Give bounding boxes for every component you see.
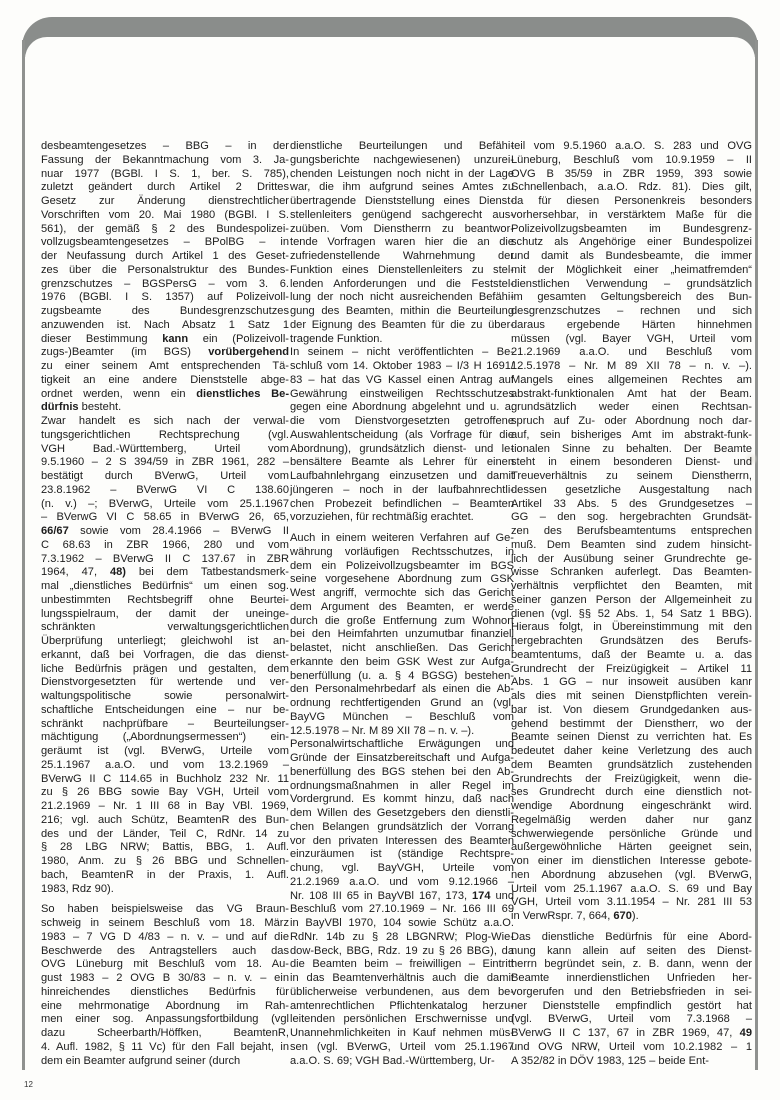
paragraph: So haben beispielsweise das VG Braun-sch… [41, 903, 289, 1068]
text-line: erkannt, daß bei Vorfragen, die das dien… [41, 649, 289, 663]
text-line: Zwar handelt es sich nach der verwal- [41, 415, 289, 429]
text-line: benerfüllung (u. a. § 4 BGSG) bestehen- [290, 670, 514, 684]
text-line: gehend bestimmt der Dienstherr, wo der [511, 718, 752, 732]
paragraph: dienstliche Beurteilungen und Befähi-gun… [290, 140, 514, 346]
text-line: im gesamten Geltungsbereich des Bun- [511, 291, 752, 305]
text-line: Regelmäßig werden daher nur ganz [511, 814, 752, 828]
page-frame-inner-cutout [25, 37, 755, 77]
text-line: schaftliche Entscheidungen eine – nur be… [41, 704, 289, 718]
text-line: anzuwenden ist. Nach Absatz 1 Satz 1 [41, 319, 289, 333]
text-line: herrn begründet sein, z. B. dann, wenn d… [511, 958, 752, 972]
text-line: liche Bedürfnis prägen und gestalten, de… [41, 663, 289, 677]
text-line: dazu Scheerbarth/Höffken, BeamtenR, [41, 1027, 289, 1041]
text-line: grundsätzlich weder einen Rechtsan- [511, 401, 752, 415]
text-line: 1980, Anm. zu § 26 BBG und Schnellen- [41, 855, 289, 869]
text-line: des und der Länder, Teil C, RdNr. 14 zu [41, 828, 289, 842]
text-line: chenden Leistungen noch nicht in der Lag… [290, 168, 514, 182]
text-line: Treueverhältnis zu seinem Dienstherrn, [511, 470, 752, 484]
text-line: benerfüllung des BGS stehen bei den Ab- [290, 766, 514, 780]
text-line: So haben beispielsweise das VG Braun- [41, 903, 289, 917]
bold-emphasis: 66/67 [41, 525, 69, 537]
text-line: geräumt ist (vgl. BVerwG, Urteile vom [41, 745, 289, 759]
text-line: seine vorgesehene Abordnung zum GSK [290, 573, 514, 587]
paragraph: Das dienstliche Bedürfnis für eine Abord… [511, 931, 752, 1069]
text-line: war, die ihm aufgrund seines Amtes zu [290, 181, 514, 195]
text-line: Nr. 108 III 65 in BayVBl 167, 173, 174 u… [290, 890, 514, 904]
text-line: eine mehrmonatige Abordnung im Rah- [41, 1000, 289, 1014]
text-line: Fassung der Bekanntmachung vom 3. Ja- [41, 154, 289, 168]
text-line: da für diesen Personenkreis besonders [511, 195, 752, 209]
text-line: 561), der gemäß § 2 des Bundespolizei- [41, 223, 289, 237]
text-line: Polizeivollzugsbeamten im Bundesgrenz- [511, 223, 752, 237]
text-line: wendige Abordnung eingeschränkt wird. [511, 800, 752, 814]
text-line: dow-Beck, BBG, Rdz. 19 zu § 26 BBG), da [290, 945, 514, 959]
text-line: in BayVBl 1970, 104 sowie Schütz a.a.O. [290, 917, 514, 931]
text-line: Vordergrund. Es kommt hinzu, daß nach [290, 793, 514, 807]
text-line: hinreichendes dienstliches Bedürfnis für [41, 986, 289, 1000]
text-line: gungsberichte nachgewiesenen) unzurei- [290, 154, 514, 168]
text-line: dem Willen des Gesetzgebers den dienstli… [290, 807, 514, 821]
text-line: als dies mit seinen Dienstpflichten vere… [511, 690, 752, 704]
text-line: tende Vorfragen waren hier die an die [290, 236, 514, 250]
text-line: Funktion eines Dienstellenleiters zu ste… [290, 264, 514, 278]
text-line: müssen (vgl. Bayer VGH, Urteil vom [511, 333, 752, 347]
text-column-2: dienstliche Beurteilungen und Befähi-gun… [290, 140, 514, 1068]
text-line: chung, vgl. BayVGH, Urteile vom [290, 862, 514, 876]
text-line: üblicherweise verbundenen, aus dem be- [290, 986, 514, 1000]
text-line: Beamte innerdienstlichen Unfrieden her- [511, 972, 752, 986]
text-line: dessen gesetzliche Ausgestaltung nach [511, 484, 752, 498]
text-line: steht in einem besonderen Dienst- und [511, 456, 752, 470]
text-line: zuüben. Vom Dienstherrn zu beantwor- [290, 223, 514, 237]
bold-emphasis: vorübergehend [208, 346, 289, 358]
text-line: auf, sein bisheriges Amt im abstrakt-fun… [511, 429, 752, 443]
text-line: § 28 LBG NRW; Battis, BBG, 1. Aufl. [41, 841, 289, 855]
text-line: VGH, Urteil vom 3.11.1954 – Nr. 281 III … [511, 896, 752, 910]
bold-emphasis: dürfnis [41, 401, 79, 413]
text-line: men einer sog. Anpassungsfortbildung (vg… [41, 1013, 289, 1027]
text-line: zugs-)Beamter (im BGS) vorübergehend [41, 346, 289, 360]
text-line: chen Probezeit befindlichen – Beamten [290, 498, 514, 512]
text-line: vorzuziehen, für rechtmäßig erachtet. [290, 511, 514, 525]
text-line: bensältere Beamte als Lehrer für einen [290, 456, 514, 470]
bold-emphasis: 670 [613, 910, 632, 922]
text-line: von einer im dienstlichen Interesse gebo… [511, 855, 752, 869]
text-line: dieser Bestimmung kann ein (Polizeivoll- [41, 333, 289, 347]
text-line: übertragende Dienststellung eines Dienst… [290, 195, 514, 209]
text-line: Auch in einem weiteren Verfahren auf Ge- [290, 532, 514, 546]
text-line: und OVG NRW, Urteil vom 10.2.1982 – 1 [511, 1041, 752, 1055]
text-line: BayVG München – Beschluß vom [290, 711, 514, 725]
text-line: tionalen Sinne zu behalten. Der Beamte [511, 443, 752, 457]
text-line: a.a.O. S. 69; VGH Bad.-Württemberg, Ur- [290, 1055, 514, 1069]
text-line: dienstliche Beurteilungen und Befähi- [290, 140, 514, 154]
text-line: zufriedenstellende Wahrnehmung der [290, 250, 514, 264]
paragraph: teil vom 9.5.1960 a.a.O. S. 283 und OVGL… [511, 140, 752, 924]
text-line: beamtentums, daß der Beamte u. a. das [511, 649, 752, 663]
text-line: schluß vom 14. Oktober 1983 – I/3 H 1691… [290, 360, 514, 374]
text-line: mal „dienstliches Bedürfnis“ um einen so… [41, 580, 289, 594]
text-line: Artikel 33 Abs. 5 des Grundgesetzes – [511, 498, 752, 512]
text-line: ordnung rechtfertigenden Grund an (vgl. [290, 697, 514, 711]
text-line: durch die große Entfernung zum Wohnort [290, 615, 514, 629]
text-line: belastet, nicht anschließen. Das Gericht [290, 642, 514, 656]
text-line: Schnellenbach, a.a.O. Rdz. 81). Dies gil… [511, 181, 752, 195]
text-line: ses Grundrecht durch eine dienstlich not… [511, 786, 752, 800]
text-line: Hieraus folgt, in Übereinstimmung mit de… [511, 621, 752, 635]
text-line: verhältnis verpflichtet den Beamten, mit [511, 580, 752, 594]
text-line: Gewährung einstweiligen Rechtsschutzes [290, 388, 514, 402]
text-line: gegen eine Abordnung abgelehnt und u. a. [290, 401, 514, 415]
paragraph: Personalwirtschaftliche Erwägungen undGr… [290, 738, 514, 1068]
text-line: In seinem – nicht veröffentlichten – Be- [290, 346, 514, 360]
text-line: muß. Dem Beamten sind zudem hinsicht- [511, 539, 752, 553]
text-line: Abs. 1 GG – nur insoweit ausüben kanr [511, 676, 752, 690]
text-line: gust 1983 – 2 OVG B 30/83 – n. v. – ein [41, 972, 289, 986]
text-line: 4. Aufl. 1982, § 11 Vc) für den Fall bej… [41, 1041, 289, 1055]
text-line: gung des Beamten, mithin die Beurteilung [290, 305, 514, 319]
text-line: Grundrechts der Freizügigkeit, wenn die- [511, 773, 752, 787]
text-line: Mangels eines allgemeinen Rechtes am [511, 374, 752, 388]
text-line: BVerwG II C 114.65 in Buchholz 232 Nr. 1… [41, 773, 289, 787]
text-line: grenzschutzes – BGSPersG – vom 3. 6. [41, 278, 289, 292]
text-line: desbeamtengesetzes – BBG – in der [41, 140, 289, 154]
text-line: OVG Lüneburg mit Beschluß vom 18. Au- [41, 958, 289, 972]
text-line: teil vom 9.5.1960 a.a.O. S. 283 und OVG [511, 140, 752, 154]
text-line: und damit als Bundesbeamte, die immer [511, 250, 752, 264]
text-line: Gründe der Einsatzbereitschaft und Aufga… [290, 752, 514, 766]
text-line: die Beamten beim – freiwilligen – Eintri… [290, 958, 514, 972]
text-line: lung der noch nicht ausreichenden Befähi… [290, 291, 514, 305]
paragraph: In seinem – nicht veröffentlichten – Be-… [290, 346, 514, 525]
paragraph: Zwar handelt es sich nach der verwal-tun… [41, 415, 289, 896]
text-line: Dienstvorgesetzten für wertende und ver- [41, 676, 289, 690]
text-line: währung vorläufigen Rechtsschutzes, in [290, 546, 514, 560]
text-line: dem Argument des Beamten, er werde [290, 601, 514, 615]
text-line: wisse Schranken auferlegt. Das Beamten- [511, 566, 752, 580]
text-line: nen Abordnung abzusehen (vgl. BVerwG, [511, 869, 752, 883]
text-line: ordnet werden, wenn ein dienstliches Be- [41, 388, 289, 402]
text-line: stellenleiters genügend sachgerecht aus- [290, 209, 514, 223]
text-line: vor den privaten Interessen des Beamten [290, 835, 514, 849]
text-line: lich der Ausübung seiner Grundrechte ge- [511, 553, 752, 567]
text-line: BVerwG II C 137, 67 in ZBR 1969, 47, 49 [511, 1027, 752, 1041]
text-line: leitenden persönlichen Erschwernisse und [290, 1013, 514, 1027]
text-line: OVG B 35/59 in ZBR 1959, 393 sowie [511, 168, 752, 182]
text-line: ner Dienststelle empfindlich gestört hat [511, 1000, 752, 1014]
text-line: Urteil vom 25.1.1967 a.a.O. S. 69 und Ba… [511, 883, 752, 897]
text-line: Unannehmlichkeiten in Kauf nehmen müs- [290, 1027, 514, 1041]
text-line: lenden Anforderungen und die Feststel- [290, 278, 514, 292]
text-line: einzuräumen ist (ständige Rechtspre- [290, 848, 514, 862]
page-number: 12 [24, 1080, 33, 1089]
text-line: Abordnung), grundsätzlich dienst- und le… [290, 443, 514, 457]
text-line: tigkeit an eine andere Dienststelle abge… [41, 374, 289, 388]
text-line: West angriff, vermochte sich das Gericht [290, 587, 514, 601]
text-line: Personalwirtschaftliche Erwägungen und [290, 738, 514, 752]
text-line: 12.5.1978 – Nr. M 89 XII 78 – n. v. –). [290, 725, 514, 739]
text-line: waltungspolitische sowie personalwirt- [41, 690, 289, 704]
text-line: 23.8.1962 – BVerwG VI C 138.60 [41, 484, 289, 498]
text-line: desgrenzschutzes – rechnen und sich [511, 305, 752, 319]
text-line: C 68.63 in ZBR 1966, 280 und vom [41, 539, 289, 553]
text-line: bach, BeamtenR in der Praxis, 1. Aufl. [41, 869, 289, 883]
text-line: dem Beamten grundsätzlich zustehenden [511, 759, 752, 773]
text-line: Vorschriften vom 20. Mai 1980 (BGBl. I S… [41, 209, 289, 223]
text-line: mit der Möglichkeit einer „heimatfremden… [511, 264, 752, 278]
bold-emphasis: 48) [110, 566, 126, 578]
text-line: dem ein Polizeivollzugsbeamter im BGS [290, 560, 514, 574]
paragraph: Auch in einem weiteren Verfahren auf Ge-… [290, 532, 514, 738]
text-line: chen Belangen grundsätzlich der Vorrang [290, 821, 514, 835]
text-line: (vgl. BVerwG, Urteil vom 7.3.1968 – [511, 1013, 752, 1027]
text-line: nung kann allein auf seiten des Dienst- [511, 945, 752, 959]
text-line: hergebrachten Grundsätzen des Berufs- [511, 635, 752, 649]
text-line: 1976 (BGBl. I S. 1357) auf Polizeivoll- [41, 291, 289, 305]
text-line: erkannte den beim GSK West zur Aufga- [290, 656, 514, 670]
text-line: bestätigt durch BVerwG, Urteil vom [41, 470, 289, 484]
text-line: mächtigung („Abordnungsermessen“) ein- [41, 731, 289, 745]
text-line: 1983, Rdz 90). [41, 883, 289, 897]
text-line: Laufbahnlehrgang einzusetzen und damit [290, 470, 514, 484]
text-line: in das Beamtenverhältnis auch die damit [290, 972, 514, 986]
text-line: seiner ganzen Person der Allgemeinheit z… [511, 594, 752, 608]
text-line: Beschwerde des Antragstellers auch das [41, 945, 289, 959]
text-line: zugsbeamte des Bundesgrenzschutzes [41, 305, 289, 319]
text-line: zes über die Personalstruktur des Bundes… [41, 264, 289, 278]
text-line: bei den Heimfahrten unzumutbar finanziel… [290, 628, 514, 642]
text-line: – BVerwG VI C 58.65 in BVerwG 26, 65, [41, 511, 289, 525]
text-line: dienen (vgl. §§ 52 Abs. 1, 54 Satz 1 BBG… [511, 608, 752, 622]
text-line: 9.5.1960 – 2 S 394/59 in ZBR 1961, 282 – [41, 456, 289, 470]
text-line: lungsspielraum, der damit der uneinge- [41, 608, 289, 622]
text-line: der Eignung des Beamten für die zu über- [290, 319, 514, 333]
text-line: Lüneburg, Beschluß vom 10.9.1959 – II [511, 154, 752, 168]
text-line: schweig in seinem Beschluß vom 18. März [41, 917, 289, 931]
text-line: unbestimmten Rechtsbegriff ohne Beurtei- [41, 594, 289, 608]
text-line: dem ein Beamter aufgrund seiner (durch [41, 1055, 289, 1069]
text-line: amtenrechtlichen Pflichtenkatalog herzu- [290, 1000, 514, 1014]
text-line: bar ist. Von diesem Grundgedanken aus- [511, 704, 752, 718]
page-frame-left-rule [22, 40, 25, 1070]
text-line: Grundrecht der Freizügigkeit – Artikel 1… [511, 663, 752, 677]
text-line: daraus ergebende Härten hinnehmen [511, 319, 752, 333]
text-line: 83 – hat das VG Kassel einen Antrag auf [290, 374, 514, 388]
text-line: jüngeren – noch in der laufbahnrechtli- [290, 484, 514, 498]
text-line: 7.3.1962 – BVerwG II C 137.67 in ZBR [41, 553, 289, 567]
text-line: 216; vgl. auch Schütz, BeamtenR des Bun- [41, 814, 289, 828]
text-line: 21.2.1969 – Nr. 1 III 68 in Bay VBl. 196… [41, 800, 289, 814]
text-line: schränkt nachprüfbare – Beurteilungser- [41, 718, 289, 732]
text-line: 1964, 47, 48) bei dem Tatbestandsmerk- [41, 566, 289, 580]
text-column-1: desbeamtengesetzes – BBG – in derFassung… [41, 140, 289, 1068]
text-line: spruch auf Zu- oder Abordnung noch dar- [511, 415, 752, 429]
text-column-3: teil vom 9.5.1960 a.a.O. S. 283 und OVGL… [511, 140, 752, 1068]
bold-emphasis: 174 [472, 890, 491, 902]
text-line: zu einer seinem Amt entsprechenden Tä- [41, 360, 289, 374]
text-line: schutz als Angehörige einer Bundespolize… [511, 236, 752, 250]
paragraph: desbeamtengesetzes – BBG – in derFassung… [41, 140, 289, 415]
text-line: 25.1.1967 a.a.O. und vom 13.2.1969 – [41, 759, 289, 773]
text-line: Das dienstliche Bedürfnis für eine Abord… [511, 931, 752, 945]
text-line: abstrakt-funktionalen Amt hat der Beam. [511, 388, 752, 402]
bold-emphasis: kann [162, 333, 188, 345]
text-line: Überprüfung unterliegt; gleichwohl ist a… [41, 635, 289, 649]
text-line: der Neufassung durch Artikel 1 des Geset… [41, 250, 289, 264]
text-line: zen des Berufsbeamtentums entsprechen [511, 525, 752, 539]
text-line: 12.5.1978 – Nr. M 89 XII 78 – n. v. –). [511, 360, 752, 374]
text-line: die vom Dienstvorgesetzten getroffene [290, 415, 514, 429]
text-line: nuar 1977 (BGBl. I S. 1, ber. S. 785), [41, 168, 289, 182]
text-line: vorhersehbar, in verstärktem Maße für di… [511, 209, 752, 223]
text-line: Beschluß vom 27.10.1969 – Nr. 166 III 69 [290, 903, 514, 917]
text-line: VGH Bad.-Württemberg, Urteil vom [41, 443, 289, 457]
text-line: schränkten verwaltungsgerichtlichen [41, 621, 289, 635]
text-line: tragende Funktion. [290, 333, 514, 347]
text-line: bedeutet daher keine Verletzung des auch [511, 745, 752, 759]
text-line: Gesetz zur Änderung dienstrechtlicher [41, 195, 289, 209]
page-frame-right-rule [755, 40, 758, 1070]
text-line: tungsgerichtlichen Rechtsprechung (vgl. [41, 429, 289, 443]
text-line: A 352/82 in DÖV 1983, 125 – beide Ent- [511, 1055, 752, 1069]
text-line: sen (vgl. BVerwG, Urteil vom 25.1.1967 [290, 1041, 514, 1055]
text-line: in VerwRspr. 7, 664, 670). [511, 910, 752, 924]
text-line: 1983 – 7 VG D 4/83 – n. v. – und auf die [41, 931, 289, 945]
text-line: Beamte seinen Dienst zu verrichten hat. … [511, 731, 752, 745]
text-line: ordnungsmaßnahmen in aller Regel im [290, 780, 514, 794]
text-line: außergewöhnliche Härten geeignet sein, [511, 841, 752, 855]
text-line: dienstlichen Verwendung – grundsätzlich [511, 278, 752, 292]
text-line: zuletzt geändert durch Artikel 2 Drittes [41, 181, 289, 195]
text-line: RdNr. 14b zu § 28 LBGNRW; Plog-Wie- [290, 931, 514, 945]
text-line: vorgerufen und den Betriebsfrieden in se… [511, 986, 752, 1000]
text-line: Auswahlentscheidung (als Vorfrage für di… [290, 429, 514, 443]
text-line: vollzugsbeamtengesetzes – BPolBG – in [41, 236, 289, 250]
text-line: zu § 26 BBG sowie Bay VGH, Urteil vom [41, 786, 289, 800]
bold-emphasis: 49 [740, 1027, 752, 1039]
text-line: 21.2.1969 a.a.O. und Beschluß vom [511, 346, 752, 360]
text-line: GG – den sog. hergebrachten Grundsät- [511, 511, 752, 525]
bold-emphasis: dienstliches Be- [196, 388, 289, 400]
text-line: dürfnis besteht. [41, 401, 289, 415]
text-line: (n. v.) –; BVerwG, Urteile vom 25.1.1967 [41, 498, 289, 512]
text-line: 66/67 sowie vom 28.4.1966 – BVerwG II [41, 525, 289, 539]
text-line: schwerwiegende persönliche Gründe und [511, 828, 752, 842]
text-line: den Personalmehrbedarf als einen die Ab- [290, 683, 514, 697]
text-line: 21.2.1969 a.a.O. und vom 9.12.1966 – [290, 876, 514, 890]
